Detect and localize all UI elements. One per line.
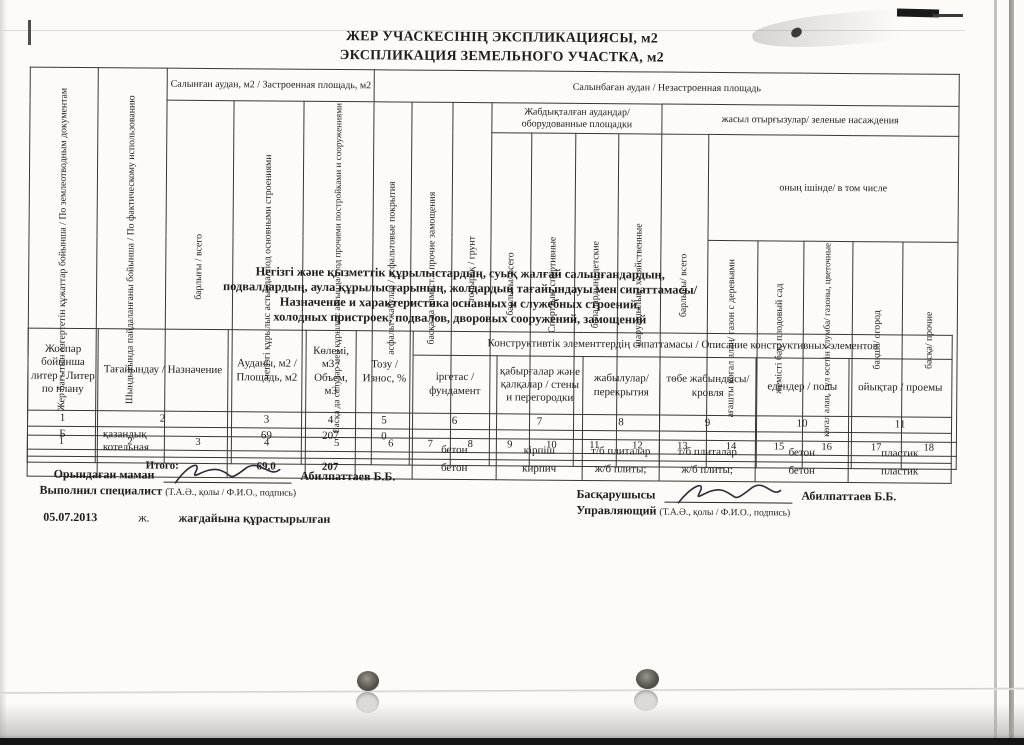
punch-hole-1-top [357,671,379,691]
executor-signature-block: Орындаған маман Абилпаттаев Б.Б. Выполни… [53,467,395,501]
executor-role-kk: Орындаған маман [54,467,155,482]
date-line: 05.07.2013 ж. жағдайына құрастырылған [43,510,330,527]
t2-colnum: 4 [305,412,355,429]
t2-header-liter: Жоспар бойынша литер / Литер по плану [28,328,99,411]
t2-colnum: 10 [755,416,848,433]
t2-header-floors: едендер / полы [756,358,849,417]
t2-header-purpose: Тағайындау / Назначение [98,329,229,412]
t2-header-roof: төбе жабындысы/ кровля [660,357,756,416]
purpose-note: Негізгі және қызметтік құрылыстардың, су… [60,263,860,329]
t2-row-foundation: бетон [412,429,496,459]
scanned-document-page: ЖЕР УЧАСКЕСІНІҢ ЭКСПЛИКАЦИЯСЫ, м2 ЭКСПЛИ… [0,0,1024,745]
manager-role-kk: Басқарушысы [576,487,655,502]
t2-row-volume: 207 [305,428,355,458]
t2-row-walls: кірпіш [496,430,582,460]
t2-total-floors: бетон [755,461,848,482]
t2-row-liter: Б [27,426,97,456]
t2-header-openings: ойықтар / проемы [849,359,952,418]
manager-signature-icon [672,481,784,508]
t2-header-ceilings: жабылулар/ перекрытия [583,356,660,415]
t2-total-roof: ж/б плиты; [659,461,755,482]
t2-row-roof: т/б плиталар [659,431,755,461]
t2-row-openings: пластик [848,433,951,463]
t2-colnum: 9 [659,415,755,432]
bottom-page-shadow [0,703,1024,738]
t2-row-floors: бетон [755,432,848,462]
manager-role-ru: Управляющий [576,503,656,518]
top-right-black-dash-2 [933,14,963,17]
t2-header-area: Ауданы, м2 / Площадь, м2 [228,330,307,413]
t1-group-built-area: Салынған аудан, м2 / Застроенная площадь… [167,68,374,102]
t2-colnum: 6 [412,413,496,430]
t2-colnum: 2 [98,411,228,428]
t2-total-walls: кирпич [496,459,582,480]
t2-row-purpose: қазандық котельная [97,427,227,457]
executor-signature-line [163,468,291,484]
manager-signature-block: Басқарушысы Абилпаттаев Б.Б. Управляющий… [576,487,896,521]
t2-colnum: 5 [355,413,412,430]
t2-colnum: 8 [582,414,659,431]
t2-colnum: 1 [28,410,98,427]
punch-hole-2-top [636,669,659,689]
executor-name: Абилпаттаев Б.Б. [300,469,395,484]
t2-total-ceilings: ж/б плиты; [582,460,659,481]
compilation-date: 05.07.2013 [43,510,97,524]
executor-signature-hint: (Т.А.Ә., қолы / Ф.И.О., подпись) [165,488,296,499]
left-edge-shade [0,0,7,745]
scanner-edge-line-1 [994,0,997,738]
t2-header-volume: Көлемі, м3 / Объем, м3 [306,330,357,412]
t1-group-including: оның ішінде/ в том числе [708,134,959,241]
t2-row-purpose-kk: қазандық [103,428,225,442]
scanner-edge-line-2 [1009,0,1014,738]
t2-header-walls: қабырғалар және қалқалар / стены и перег… [497,356,583,415]
punch-hole-2-bottom [634,690,658,711]
top-left-mark [28,20,31,45]
executor-role-ru: Выполнил специалист [39,483,162,498]
t1-group-unbuilt-area: Салынбаған аудан / Незастроенная площадь [374,70,959,107]
scan-bottom-bar [0,738,1024,745]
t1-group-green: жасыл отырғызулар/ зеленые насаждения [661,104,959,136]
t2-row-ceilings: т/б плиталар [582,431,659,461]
t1-group-equipped: Жабдықталған аудандар/ оборудованные пло… [492,103,661,134]
t2-colnum: 7 [496,414,582,431]
t2-total-foundation: бетон [412,459,496,480]
punch-hole-1-bottom [356,692,379,713]
executor-signature-icon [171,461,283,488]
t2-row-wear: 0 [355,429,412,459]
date-suffix: ж. [138,510,149,524]
manager-signature-line [664,488,792,504]
date-text: жағдайына құрастырылған [179,511,331,526]
t2-colnum: 3 [228,412,306,429]
t2-header-wear: Тозу / Износ, % [356,331,414,413]
manager-name: Абилпаттаев Б.Б. [801,489,896,504]
t2-colnum: 11 [848,417,951,434]
manager-signature-hint: (Т.А.Ә., қолы / Ф.И.О., подпись) [659,508,790,519]
buildings-table: Жоспар бойынша литер / Литер по плану Та… [27,328,953,484]
t2-row-area: 69 [227,428,305,458]
document-content: ЖЕР УЧАСКЕСІНІҢ ЭКСПЛИКАЦИЯСЫ, м2 ЭКСПЛИ… [0,0,1024,745]
t2-total-openings: пластик [848,462,951,483]
t2-row-purpose-ru: котельная [103,442,225,456]
t2-header-foundation: іргетас / фундамент [413,355,497,414]
